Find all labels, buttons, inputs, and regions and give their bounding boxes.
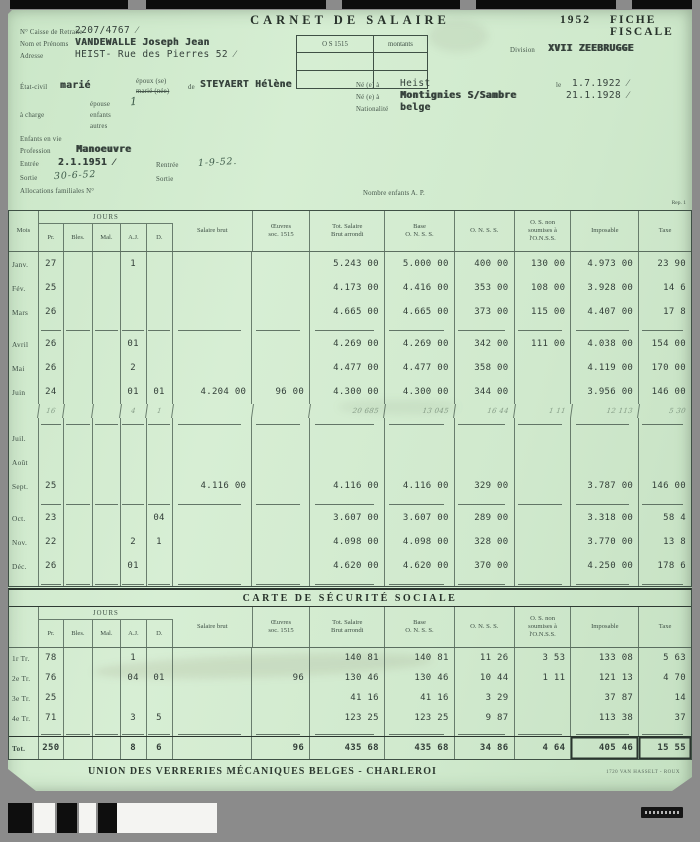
- table-cell: [515, 498, 572, 506]
- table-cell: [173, 668, 253, 688]
- table-cell: 1 11: [514, 404, 573, 418]
- table-row: Déc.26014.620 004.620 00370 004.250 0017…: [9, 554, 691, 578]
- table-cell: [310, 324, 385, 332]
- table-cell: 5: [147, 708, 173, 728]
- table-cell: [173, 356, 253, 380]
- table-cell: 3.607 00: [385, 506, 455, 530]
- table-cell: 342 00: [455, 332, 515, 356]
- salary-card-paper: CARNET DE SALAIRE 1952 FICHE FISCALE N° …: [8, 10, 692, 791]
- col-header-mois: Mois: [9, 211, 39, 251]
- col-header-blank: [9, 607, 39, 647]
- table-cell: 1: [121, 252, 147, 276]
- table-cell: [252, 474, 310, 498]
- table-cell: [121, 450, 147, 474]
- col-header-taxe: Taxe: [639, 607, 691, 647]
- table-cell: [173, 728, 253, 736]
- table-cell: Fév.: [9, 276, 39, 300]
- table-cell: [252, 300, 310, 324]
- table-cell: 5 30: [638, 404, 692, 418]
- table-cell: [121, 578, 147, 586]
- table-cell: 2e Tr.: [9, 668, 39, 688]
- table-cell: [64, 418, 93, 426]
- table-cell: [455, 426, 515, 450]
- le-label: le: [556, 82, 561, 89]
- jours-group-label: JOURS: [39, 607, 173, 620]
- calibration-strip: [117, 803, 217, 833]
- table-cell: [93, 426, 121, 450]
- table-cell: Mars: [9, 300, 39, 324]
- table-cell: [252, 728, 310, 736]
- col-header-salaire-brut: Salaire brut: [173, 607, 253, 647]
- table-cell: 4.116 00: [310, 474, 385, 498]
- table-cell: [39, 450, 64, 474]
- table-cell: 140 81: [310, 648, 385, 668]
- printer-credit: 1720 VAN HASSELT - ROUX: [606, 770, 680, 775]
- calibration-strip: [8, 803, 32, 833]
- table-cell: [121, 276, 147, 300]
- table-cell: [93, 648, 121, 668]
- table-cell: [147, 498, 173, 506]
- table-row: Avril26014.269 004.269 00342 00111 004.0…: [9, 332, 691, 356]
- table-row: Mai2624.477 004.477 00358 004.119 00170 …: [9, 356, 691, 380]
- table-cell: [147, 688, 173, 708]
- table-cell: [64, 300, 93, 324]
- table-cell: 01: [147, 668, 173, 688]
- calibration-strip: [98, 803, 117, 833]
- table-cell: 329 00: [455, 474, 515, 498]
- table-cell: [39, 324, 64, 332]
- film-strip-segment: [632, 0, 692, 9]
- table-cell: [571, 426, 639, 450]
- table-cell: [515, 728, 572, 736]
- table-cell: 4.250 00: [571, 554, 639, 578]
- table-cell: [252, 688, 310, 708]
- table-cell: [64, 380, 93, 404]
- table-row: 4e Tr.7135123 25123 259 87113 3837: [9, 708, 691, 728]
- nom-value: VANDEWALLE Joseph Jean: [75, 37, 210, 48]
- table-cell: 146 00: [639, 474, 691, 498]
- table-cell: 16: [38, 404, 65, 418]
- table-cell: 3 29: [455, 688, 515, 708]
- table-cell: 13 8: [639, 530, 691, 554]
- table-row: Août: [9, 450, 691, 474]
- sortie-handwritten-value: 30-6-52: [54, 169, 97, 182]
- table-cell: 4.119 00: [571, 356, 639, 380]
- table-cell: 26: [39, 332, 64, 356]
- table-cell: [515, 554, 572, 578]
- table-cell: 130 46: [385, 668, 455, 688]
- table-header: JOURS Pr. Bles. Mal. A.J. D. Salaire bru…: [9, 607, 691, 648]
- table-cell: [121, 498, 147, 506]
- table-cell: [64, 276, 93, 300]
- table-cell: Avril: [9, 332, 39, 356]
- table-cell: [64, 498, 93, 506]
- table-cell: [173, 737, 253, 759]
- table-cell: [121, 418, 147, 426]
- table-cell: 41 16: [310, 688, 385, 708]
- table-cell: [639, 578, 691, 586]
- table-cell: [455, 418, 515, 426]
- table-cell: [121, 324, 147, 332]
- table-cell: 4.407 00: [571, 300, 639, 324]
- table-cell: 123 25: [385, 708, 455, 728]
- table-cell: [39, 498, 64, 506]
- table-cell: [252, 252, 310, 276]
- table-cell: [93, 498, 121, 506]
- table-cell: [147, 252, 173, 276]
- table-cell: 11 26: [455, 648, 515, 668]
- division-value: XVII ZEEBRUGGE: [548, 43, 634, 54]
- table-cell: [64, 530, 93, 554]
- ne1-label: Né (e) à: [356, 82, 379, 89]
- table-cell: [64, 252, 93, 276]
- table-row: Oct.23043.607 003.607 00289 003.318 0058…: [9, 506, 691, 530]
- table-cell: [252, 498, 310, 506]
- table-cell: 58 4: [639, 506, 691, 530]
- table-cell: [252, 324, 310, 332]
- col-header-onss: O. N. S. S.: [455, 607, 515, 647]
- col-header-bles: Bles.: [64, 620, 93, 647]
- table-cell: [147, 426, 173, 450]
- table-cell: [515, 708, 572, 728]
- table-row: 2e Tr.76040196130 46130 4610 441 11121 1…: [9, 668, 691, 688]
- table-cell: 26: [39, 554, 64, 578]
- film-strip-segment: [10, 0, 128, 9]
- nom-label: Nom et Prénoms: [20, 41, 69, 48]
- table-cell: [93, 737, 121, 759]
- table-cell: [8, 404, 40, 418]
- table-cell: 4.416 00: [385, 276, 455, 300]
- table-cell: 96: [252, 737, 310, 759]
- watermark-badge: [641, 807, 683, 818]
- table-cell: [173, 426, 253, 450]
- table-cell: [64, 708, 93, 728]
- table-cell: Août: [9, 450, 39, 474]
- table-cell: [385, 426, 455, 450]
- trimester-separator: [9, 418, 691, 426]
- company-name: UNION DES VERRERIES MÉCANIQUES BELGES - …: [88, 766, 437, 777]
- col-header-oeuvres: Œuvres soc. 1515: [253, 211, 311, 251]
- rep-label: Rep. 1: [672, 200, 686, 206]
- rentree-label: Rentrée: [156, 162, 179, 169]
- table-cell: [63, 404, 94, 418]
- table-cell: 76: [39, 668, 64, 688]
- table-cell: [39, 426, 64, 450]
- table-cell: 71: [39, 708, 64, 728]
- table-cell: 373 00: [455, 300, 515, 324]
- table-cell: 9 87: [455, 708, 515, 728]
- table-cell: [64, 426, 93, 450]
- table-cell: [173, 332, 253, 356]
- table-cell: 23: [39, 506, 64, 530]
- col-header-aj: A.J.: [121, 224, 147, 251]
- etat-civil-value: marié: [60, 80, 91, 91]
- col-header-pr: Pr.: [39, 224, 64, 251]
- table-cell: [93, 300, 121, 324]
- col-header-salaire-brut: Salaire brut: [173, 211, 253, 251]
- table-cell: 4.204 00: [173, 380, 253, 404]
- table-cell: 250: [39, 737, 64, 759]
- table-cell: 111 00: [515, 332, 572, 356]
- table-cell: 25: [39, 688, 64, 708]
- table-cell: 22: [39, 530, 64, 554]
- table-cell: 13 045: [384, 404, 456, 418]
- table-cell: [515, 688, 572, 708]
- table-cell: [173, 418, 253, 426]
- table-cell: 37: [639, 708, 691, 728]
- epoux-value: STEYAERT Hélène: [200, 79, 292, 90]
- table-cell: 37 87: [571, 688, 639, 708]
- table-cell: [385, 728, 455, 736]
- table-cell: [93, 450, 121, 474]
- table-cell: [121, 506, 147, 530]
- table-cell: 1r Tr.: [9, 648, 39, 668]
- table-cell: [147, 474, 173, 498]
- enfants-en-vie-label: Enfants en vie: [20, 136, 62, 143]
- table-cell: 4.477 00: [385, 356, 455, 380]
- table-cell: 4.300 00: [385, 380, 455, 404]
- table-cell: [252, 554, 310, 578]
- table-cell: 34 86: [455, 737, 515, 759]
- col-header-mal: Mal.: [93, 224, 121, 251]
- table-cell: [173, 276, 253, 300]
- table-row: 1r Tr.781140 81140 8111 263 53133 085 63: [9, 648, 691, 668]
- table-cell: 26: [39, 356, 64, 380]
- table-cell: 123 25: [310, 708, 385, 728]
- table-cell: 4.116 00: [173, 474, 253, 498]
- table-cell: [173, 688, 253, 708]
- table-cell: [9, 578, 39, 586]
- table-cell: [64, 324, 93, 332]
- caisse-value: 2207/4767 ⁄: [75, 25, 138, 36]
- table-header: Mois JOURS Pr. Bles. Mal. A.J. D. Salair…: [9, 211, 691, 252]
- table-cell: [515, 356, 572, 380]
- table-cell: [310, 418, 385, 426]
- charge-epouse-handwritten-mark: 1: [130, 95, 138, 108]
- table-cell: [147, 300, 173, 324]
- os-col2-label: montants: [374, 36, 427, 52]
- calibration-strip: [79, 803, 96, 833]
- table-cell: [252, 708, 310, 728]
- col-header-d: D.: [147, 620, 173, 647]
- table-cell: 41 16: [385, 688, 455, 708]
- table-cell: [571, 578, 639, 586]
- table-cell: [93, 418, 121, 426]
- table-cell: 154 00: [639, 332, 691, 356]
- table-cell: Oct.: [9, 506, 39, 530]
- table-cell: [93, 708, 121, 728]
- table-cell: [252, 578, 310, 586]
- table-cell: 108 00: [515, 276, 572, 300]
- table-cell: 4.973 00: [571, 252, 639, 276]
- charge-enfants-label: enfants: [90, 112, 111, 119]
- table-cell: 115 00: [515, 300, 572, 324]
- table-cell: [310, 426, 385, 450]
- table-cell: 170 00: [639, 356, 691, 380]
- table-cell: 4 70: [639, 668, 691, 688]
- table-cell: [9, 418, 39, 426]
- table-cell: Juil.: [9, 426, 39, 450]
- table-cell: 4.038 00: [571, 332, 639, 356]
- table-cell: 01: [121, 554, 147, 578]
- table-cell: [93, 506, 121, 530]
- ne2-value: Montignies S/Sambre: [400, 90, 516, 101]
- ne1-date: 1.7.1922 ⁄: [572, 78, 629, 89]
- table-cell: [93, 324, 121, 332]
- table-cell: 20 685: [309, 404, 386, 418]
- rentree-handwritten-value: 1-9-52.: [198, 156, 238, 169]
- table-cell: [252, 530, 310, 554]
- col-header-imposable: Imposable: [571, 211, 639, 251]
- table-cell: [252, 332, 310, 356]
- table-cell: [39, 578, 64, 586]
- col-header-os-non: O. S. non soumises à l'O.N.S.S.: [515, 607, 572, 647]
- film-strip-segment: [476, 0, 616, 9]
- table-cell: [64, 450, 93, 474]
- table-cell: [455, 450, 515, 474]
- table-cell: [455, 578, 515, 586]
- table-cell: [515, 380, 572, 404]
- table-cell: 328 00: [455, 530, 515, 554]
- table-cell: [639, 426, 691, 450]
- table-cell: 10 44: [455, 668, 515, 688]
- table-cell: [639, 498, 691, 506]
- table-cell: Tot.: [9, 737, 39, 759]
- table-cell: [147, 450, 173, 474]
- table-cell: [9, 728, 39, 736]
- table-cell: [571, 324, 639, 332]
- table-cell: [64, 506, 93, 530]
- table-cell: [639, 450, 691, 474]
- table-cell: 3.787 00: [571, 474, 639, 498]
- col-header-tot-salaire: Tot. Salaire Brut arrondi: [310, 211, 385, 251]
- table-cell: 4.098 00: [385, 530, 455, 554]
- table-cell: [173, 324, 253, 332]
- table-cell: Nov.: [9, 530, 39, 554]
- table-cell: 25: [39, 474, 64, 498]
- table-cell: [639, 728, 691, 736]
- scanned-document-page: CARNET DE SALAIRE 1952 FICHE FISCALE N° …: [0, 0, 700, 842]
- col-header-mal: Mal.: [93, 620, 121, 647]
- trimester-separator: [9, 578, 691, 586]
- table-cell: [121, 300, 147, 324]
- table-cell: [571, 728, 639, 736]
- table-cell: [93, 332, 121, 356]
- table-cell: 4.098 00: [310, 530, 385, 554]
- table-cell: 27: [39, 252, 64, 276]
- col-group-jours: JOURS Pr. Bles. Mal. A.J. D.: [39, 607, 173, 647]
- table-cell: 04: [121, 668, 147, 688]
- table-cell: 01: [121, 332, 147, 356]
- table-cell: [455, 498, 515, 506]
- table-cell: [121, 728, 147, 736]
- table-cell: [571, 450, 639, 474]
- table-cell: 4.269 00: [385, 332, 455, 356]
- caisse-label: N° Caisse de Retraite: [20, 29, 83, 36]
- table-cell: [173, 450, 253, 474]
- table-cell: 405 46: [571, 737, 639, 759]
- table-cell: 133 08: [571, 648, 639, 668]
- table-cell: [147, 276, 173, 300]
- col-header-d: D.: [147, 224, 173, 251]
- table-cell: [455, 728, 515, 736]
- table-cell: 435 68: [385, 737, 455, 759]
- table-cell: 344 00: [455, 380, 515, 404]
- table-cell: [9, 498, 39, 506]
- col-header-aj: A.J.: [121, 620, 147, 647]
- table-cell: Sept.: [9, 474, 39, 498]
- table-cell: [93, 728, 121, 736]
- table-cell: 353 00: [455, 276, 515, 300]
- calibration-strip: [57, 803, 77, 833]
- trimester-separator: [9, 498, 691, 506]
- table-cell: [252, 356, 310, 380]
- table-cell: [64, 474, 93, 498]
- table-cell: [147, 728, 173, 736]
- table-cell: 14 6: [639, 276, 691, 300]
- table-cell: [39, 418, 64, 426]
- table-cell: 3 53: [515, 648, 572, 668]
- table-cell: 01: [121, 380, 147, 404]
- table-cell: [571, 498, 639, 506]
- table-cell: [93, 554, 121, 578]
- sortie-label: Sortie: [20, 175, 37, 182]
- table-cell: 178 6: [639, 554, 691, 578]
- table-row: Janv.2715.243 005.000 00400 00130 004.97…: [9, 252, 691, 276]
- adresse-label: Adresse: [20, 53, 43, 60]
- table-cell: 5.243 00: [310, 252, 385, 276]
- table-cell: 23 90: [639, 252, 691, 276]
- table-cell: [147, 648, 173, 668]
- table-cell: [121, 688, 147, 708]
- table-cell: [147, 356, 173, 380]
- table-cell: Juin: [9, 380, 39, 404]
- nombre-enfants-label: Nombre enfants A. P.: [363, 190, 425, 197]
- calibration-strip: [34, 803, 55, 833]
- table-cell: [515, 324, 572, 332]
- table-cell: [310, 450, 385, 474]
- table-cell: [93, 688, 121, 708]
- de-label: de: [188, 84, 195, 91]
- charge-autres-label: autres: [90, 123, 107, 130]
- table-cell: 26: [39, 300, 64, 324]
- table-cell: [515, 450, 572, 474]
- profession-value: Manoeuvre: [76, 144, 131, 155]
- table-cell: 4.665 00: [385, 300, 455, 324]
- table-row: Sept.254.116 004.116 004.116 00329 003.7…: [9, 474, 691, 498]
- table-cell: [173, 530, 253, 554]
- table-row: Nov.22214.098 004.098 00328 003.770 0013…: [9, 530, 691, 554]
- table-cell: [252, 426, 310, 450]
- table-cell: 2: [121, 530, 147, 554]
- table-cell: [385, 418, 455, 426]
- table-cell: [64, 737, 93, 759]
- table-cell: 3e Tr.: [9, 688, 39, 708]
- table-cell: [93, 380, 121, 404]
- table-cell: 16 44: [454, 404, 516, 418]
- table-cell: 12 113: [570, 404, 640, 418]
- a-charge-label: à charge: [20, 112, 44, 119]
- fiscal-title: FICHE FISCALE: [610, 14, 692, 38]
- table-cell: [173, 578, 253, 586]
- col-header-bles: Bles.: [64, 224, 93, 251]
- table-cell: 130 00: [515, 252, 572, 276]
- table-cell: [639, 324, 691, 332]
- table-cell: 3.607 00: [310, 506, 385, 530]
- table-cell: 146 00: [639, 380, 691, 404]
- table-cell: 130 46: [310, 668, 385, 688]
- table-cell: [173, 648, 253, 668]
